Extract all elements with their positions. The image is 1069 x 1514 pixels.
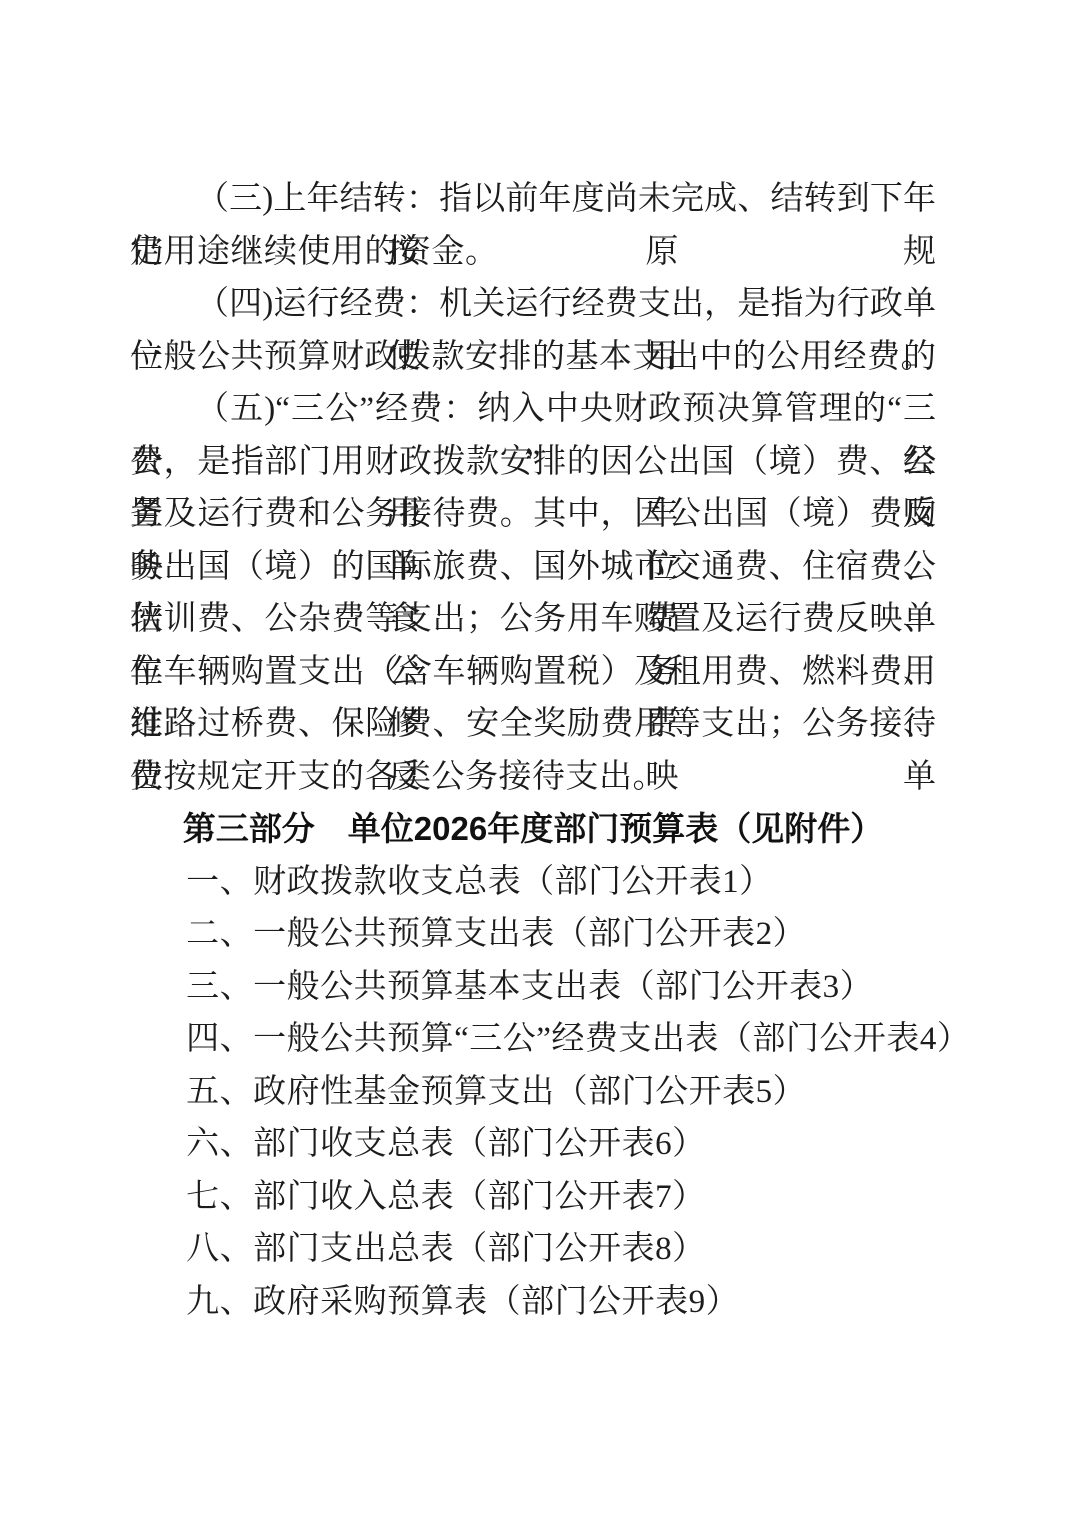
list-item-table-8: 八、部门支出总表（部门公开表8） [130,1223,936,1276]
text-line: 过路过桥费、保险费、安全奖励费用等支出；公务接待费反映单 [130,698,936,751]
attachment-table-list: 一、财政拨款收支总表（部门公开表1） 二、一般公共预算支出表（部门公开表2） 三… [130,856,936,1329]
text-line: （三)上年结转：指以前年度尚未完成、结转到下年仍按原规 [130,173,936,226]
document-page: （三)上年结转：指以前年度尚未完成、结转到下年仍按原规 定用途继续使用的资金。 … [0,0,1069,1514]
list-item-table-5: 五、政府性基金预算支出（部门公开表5） [130,1066,936,1119]
section-heading: 第三部分 单位2026年度部门预算表（见附件） [130,803,936,856]
list-item-table-7: 七、部门收入总表（部门公开表7） [130,1171,936,1224]
paragraph-sangong-jingfei: （五)“三公”经费：纳入中央财政预决算管理的“三公”经 费，是指部门用财政拨款安… [130,383,936,803]
text-line: 务出国（境）的国际旅费、国外城市交通费、住宿费、伙食费、 [130,541,936,594]
list-item-table-9: 九、政府采购预算表（部门公开表9） [130,1276,936,1329]
text-line: 车车辆购置支出（含车辆购置税）及租用费、燃料费、维修费、 [130,646,936,699]
list-item-table-3: 三、一般公共预算基本支出表（部门公开表3） [130,961,936,1014]
list-item-table-6: 六、部门收支总表（部门公开表6） [130,1118,936,1171]
text-line: （五)“三公”经费：纳入中央财政预决算管理的“三公”经 [130,383,936,436]
text-line: 培训费、公杂费等支出；公务用车购置及运行费反映单位公务用 [130,593,936,646]
list-item-table-2: 二、一般公共预算支出表（部门公开表2） [130,908,936,961]
text-line: 置及运行费和公务接待费。其中，因公出国（境）费反映单位公 [130,488,936,541]
paragraph-yunxing-jingfei: （四)运行经费：机关运行经费支出，是指为行政单位使用的 一般公共预算财政拨款安排… [130,278,936,383]
text-line: （四)运行经费：机关运行经费支出，是指为行政单位使用的 [130,278,936,331]
text-line: 一般公共预算财政拨款安排的基本支出中的公用经费。 [130,331,936,384]
list-item-table-1: 一、财政拨款收支总表（部门公开表1） [130,856,936,909]
text-line: 费，是指部门用财政拨款安排的因公出国（境）费、公务用车购 [130,436,936,489]
list-item-table-4: 四、一般公共预算“三公”经费支出表（部门公开表4） [130,1013,936,1066]
paragraph-shangnian-jiezhuan: （三)上年结转：指以前年度尚未完成、结转到下年仍按原规 定用途继续使用的资金。 [130,173,936,278]
